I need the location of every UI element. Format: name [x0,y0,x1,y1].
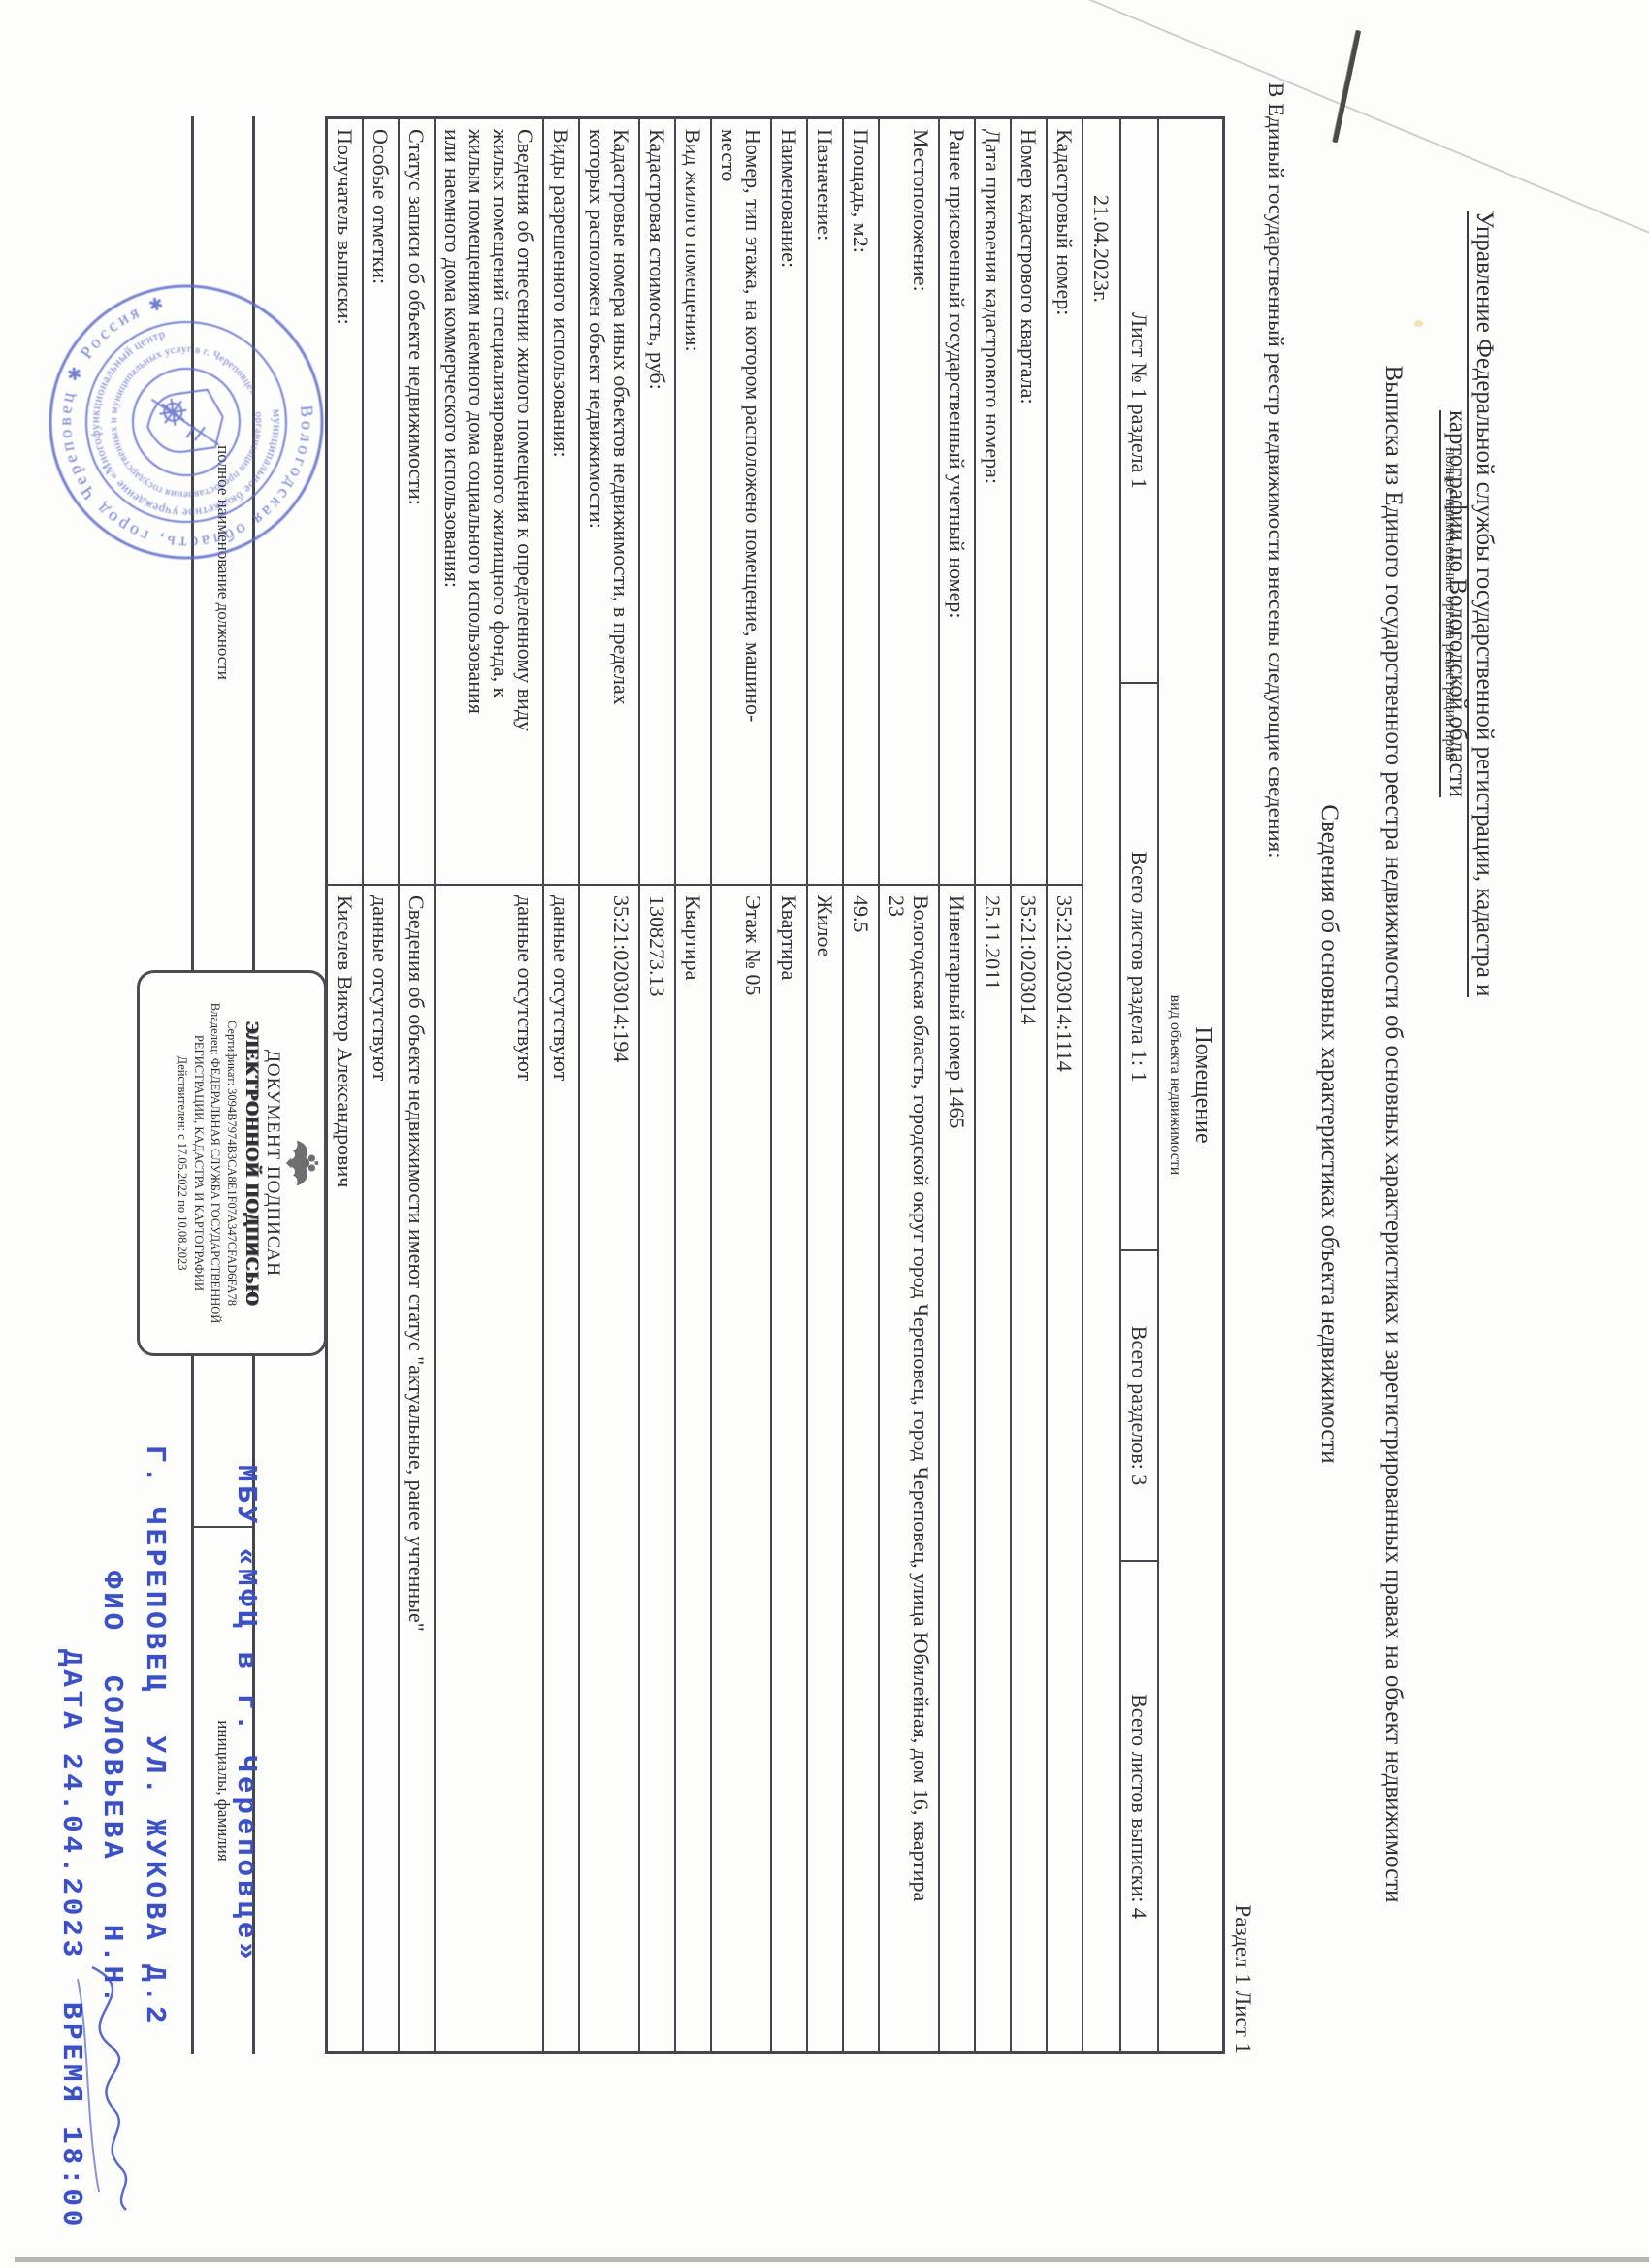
handwritten-signature [48,1950,165,2221]
row-label: Особые отметки: [364,119,398,886]
scanned-page: Управление Федеральной службы государств… [0,0,1649,2268]
mfc-stamp-line2: Г. ЧЕРЕПОВЕЦ УЛ. ЖУКОВА Д.2 [139,1445,171,2026]
table-row: Получатель выписки:Киселев Виктор Алекса… [328,119,362,2051]
row-label: Кадастровые номера иных объектов недвижи… [580,119,638,886]
round-seal-stamp: Вологодская область, город Череповец ✱ Р… [22,258,351,587]
row-value: данные отсутствуют [436,886,542,2051]
row-label: Кадастровый номер: [1048,119,1082,886]
section-sheet-label: Раздел 1 Лист 1 [1230,1552,1255,2054]
row-label: Сведения об отнесении жилого помещения к… [436,119,542,886]
paper-speck [1414,320,1423,327]
row-value: Жилое [808,886,842,2051]
table-row: Кадастровая стоимость, руб:1308273.13 [638,119,674,2051]
table-row: Дата присвоения кадастрового номера:25.1… [974,119,1010,2051]
esignature-stamp: ДОКУМЕНТ ПОДПИСАН ЭЛЕКТРОННОЙ ПОДПИСЬЮ С… [137,970,327,1356]
table-row: Статус записи об объекте недвижимости:Св… [398,119,434,2051]
row-value: 35:21:0203014:1114 [1048,886,1082,2051]
org-name-caption: полное наименование органа регистрации п… [1441,179,1459,1028]
row-value: Квартира [772,886,806,2051]
esig-owner-line2: РЕГИСТРАЦИИ, КАДАСТРА И КАРТОГРАФИИ [191,973,206,1353]
sheet-cell: Всего листов выписки: 4 [1121,1560,1157,2051]
table-row: Кадастровый номер:35:21:0203014:1114 [1046,119,1082,2051]
esig-certificate: Сертификат: 3094B7974B3CA8E1F07A347CFAD6… [224,973,239,1353]
seal-coat-of-arms-icon [144,388,227,456]
row-label: Номер кадастрового квартала: [1012,119,1046,886]
sheet-cell: Всего листов раздела 1: 1 [1121,682,1157,1249]
row-value: 1308273.13 [640,886,674,2051]
table-header: Помещение вид объекта недвижимости [1157,119,1222,2051]
extract-date-row: 21.04.2023г. [1082,119,1119,2051]
table-row: Номер, тип этажа, на котором расположено… [710,119,770,2051]
landscape-sheet: Управление Федеральной службы государств… [0,0,1649,2268]
table-row: Номер кадастрового квартала:35:21:020301… [1010,119,1046,2051]
table-row: Ранее присвоенный государственный учетны… [938,119,974,2051]
document-title: Выписка из Единого государственного реес… [1379,0,1406,2268]
table-row: Виды разрешенного использования:данные о… [542,119,578,2051]
row-value: Киселев Виктор Александрович [328,886,362,2051]
row-value: Сведения об объекте недвижимости имеют с… [400,886,434,2051]
row-value: Квартира [676,886,710,2051]
table-row: Назначение:Жилое [806,119,842,2051]
row-value: данные отсутствуют [364,886,398,2051]
esig-owner-line1: Владелец: ФЕДЕРАЛЬНАЯ СЛУЖБА ГОСУДАРСТВЕ… [208,973,222,1353]
page-edge-shadow [15,2257,1649,2262]
table-row: Наименование:Квартира [770,119,806,2051]
row-label: Площадь, м2: [844,119,878,886]
object-type: Помещение [1190,119,1214,2051]
esig-title-line1: ДОКУМЕНТ ПОДПИСАН [262,973,283,1353]
row-value: 49.5 [844,886,878,2051]
mfc-stamp-line1: МБУ «МФЦ в г. Череповце» [230,1465,262,1963]
row-value: данные отсутствуют [544,886,578,2051]
table-row: Вид жилого помещения:Квартира [674,119,710,2051]
esig-title-line2: ЭЛЕКТРОННОЙ ПОДПИСЬЮ [241,973,262,1353]
row-label: Виды разрешенного использования: [544,119,578,886]
table-row: Площадь, м2:49.5 [842,119,878,2051]
table-rows: Кадастровый номер:35:21:0203014:1114Номе… [328,119,1082,2051]
table-row: Кадастровые номера иных объектов недвижи… [578,119,638,2051]
row-value: Инвентарный номер 1465 [940,886,974,2051]
mfc-stamp-line3: ФИО СОЛОВЬЕВА Н.Н. [96,1571,128,2007]
eagle-emblem-icon [285,1135,320,1191]
row-value: Вологодская область, городской округ гор… [880,886,938,2051]
row-label: Наименование: [772,119,806,886]
object-type-caption: вид объекта недвижимости [1163,119,1187,2051]
row-label: Вид жилого помещения: [676,119,710,886]
sheet-counts-row: Лист № 1 раздела 1 Всего листов раздела … [1119,119,1157,2051]
table-row: Сведения об отнесении жилого помещения к… [434,119,542,2051]
row-label: Статус записи об объекте недвижимости: [400,119,434,886]
row-label: Назначение: [808,119,842,886]
cadastral-table: Помещение вид объекта недвижимости Лист … [325,116,1225,2054]
intro-line: В Единый государственный реестр недвижим… [1263,82,1288,859]
row-label: Дата присвоения кадастрового номера: [976,119,1010,886]
row-label: Номер, тип этажа, на котором расположено… [712,119,770,886]
sheet-cell: Всего разделов: 3 [1121,1249,1157,1560]
table-row: Особые отметки:данные отсутствуют [362,119,398,2051]
row-label: Ранее присвоенный государственный учетны… [940,119,974,886]
esig-validity: Действителен: с 17.05.2022 по 10.08.2023 [175,973,189,1353]
row-value: Этаж № 05 [712,886,770,2051]
row-value: 25.11.2011 [976,886,1010,2051]
sheet-cell: Лист № 1 раздела 1 [1121,119,1157,682]
row-value: 35:21:0203014:194 [580,886,638,2051]
row-label: Кадастровая стоимость, руб: [640,119,674,886]
row-label: Местоположение: [880,119,938,886]
document-subtitle: Сведения об основных характеристиках объ… [1315,0,1342,2268]
table-row: Местоположение:Вологодская область, горо… [878,119,938,2051]
row-value: 35:21:0203014 [1012,886,1046,2051]
